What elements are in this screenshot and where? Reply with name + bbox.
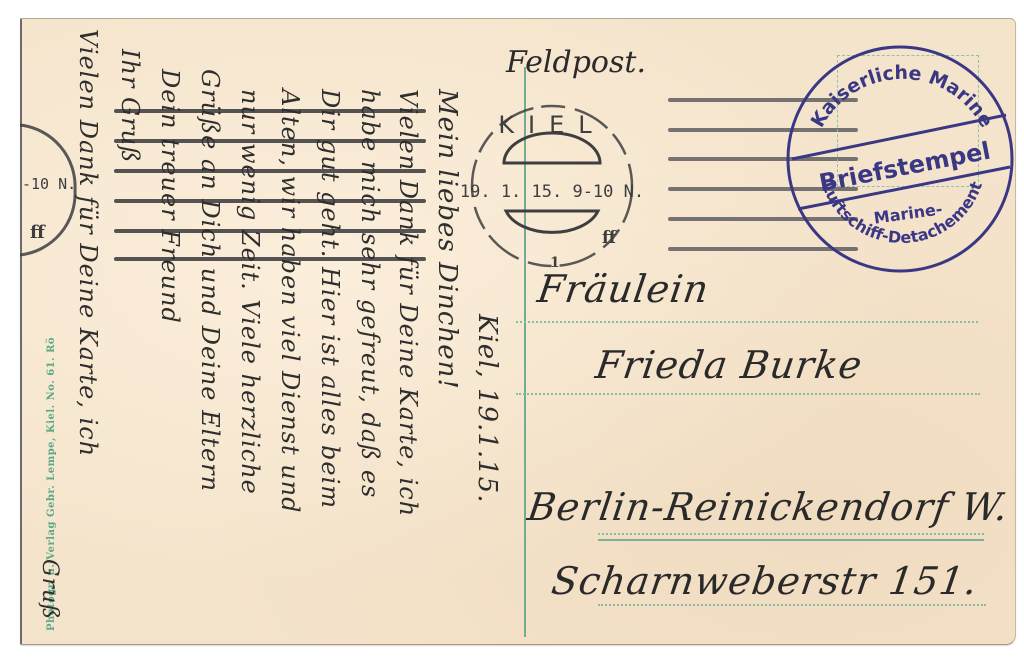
address-city: Berlin-Reinickendorf W. <box>525 485 1012 529</box>
feldpost-note: Feldpost. <box>506 45 646 80</box>
message-place-date: Kiel, 19.1.15. <box>472 314 502 503</box>
message-line: Dein treuer Freund <box>156 69 184 324</box>
address-line-3 <box>598 533 984 535</box>
kiel-postmark: KIEL 19. 1. 15. 9-10 N. ff 1 <box>454 91 654 281</box>
address-line-2 <box>516 393 980 395</box>
message-line: habe mich sehr gefreut, daß es <box>356 89 384 498</box>
message-line: nur wenig Zeit. Viele herzliche <box>236 89 264 495</box>
address-street: Scharnweberstr 151. <box>549 559 981 603</box>
message-line: Vielen Dank für Deine Karte, ich <box>394 89 422 517</box>
address-title: Fräulein <box>535 267 712 311</box>
address-name: Frieda Burke <box>593 343 865 387</box>
svg-text:19. 1. 15. 9-10 N.: 19. 1. 15. 9-10 N. <box>460 182 644 202</box>
address-line-1 <box>516 321 978 323</box>
message-line: Grüße an Dich und Deine Eltern <box>196 69 224 492</box>
address-underline <box>598 539 984 541</box>
svg-text:KIEL: KIEL <box>498 111 605 139</box>
message-line: Dir gut geht. Hier ist alles beim <box>316 89 344 509</box>
svg-text:-10 N.: -10 N. <box>22 175 76 193</box>
message-line: Alten, wir haben viel Dienst und <box>276 89 304 514</box>
svg-text:ff: ff <box>30 222 46 243</box>
message-signature: Gruß <box>37 559 62 620</box>
svg-text:ff: ff <box>602 228 617 248</box>
message-line: Ihr Gruß <box>116 49 144 163</box>
message-line: Vielen Dank für Deine Karte, ich <box>74 29 102 457</box>
postcard: Photogr. u. Verlag Gebr. Lempe, Kiel. No… <box>20 18 1016 645</box>
address-line-4 <box>598 604 986 606</box>
unit-stamp: Kaiserliche Marine Briefstempel Marine- … <box>784 41 1016 273</box>
